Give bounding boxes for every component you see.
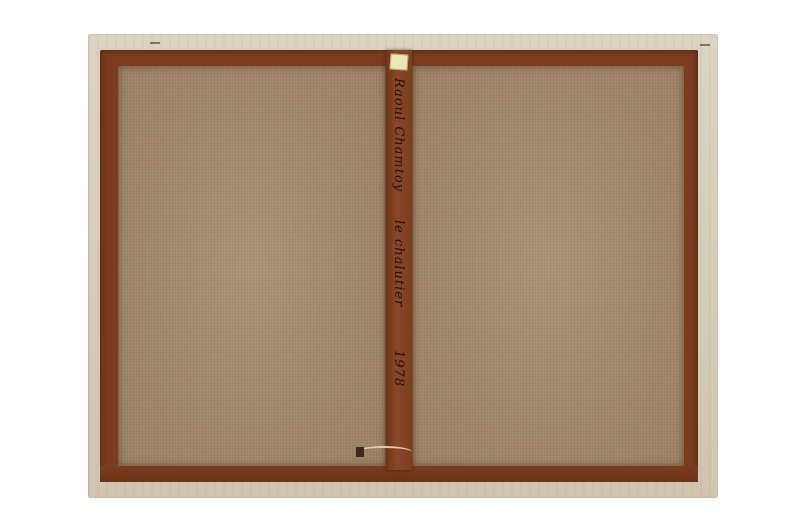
year-inscription: 1978 — [391, 350, 406, 387]
title-inscription: le chalutier — [391, 220, 406, 307]
hanging-cord — [356, 446, 412, 458]
canvas-right-panel — [412, 66, 684, 466]
canvas-left-panel — [118, 66, 386, 466]
cord-knot — [356, 447, 364, 457]
artist-name-inscription: Raoul Chamtoy — [391, 78, 406, 192]
paper-label-tag — [389, 53, 408, 70]
staple — [700, 44, 710, 46]
staple — [150, 42, 160, 44]
